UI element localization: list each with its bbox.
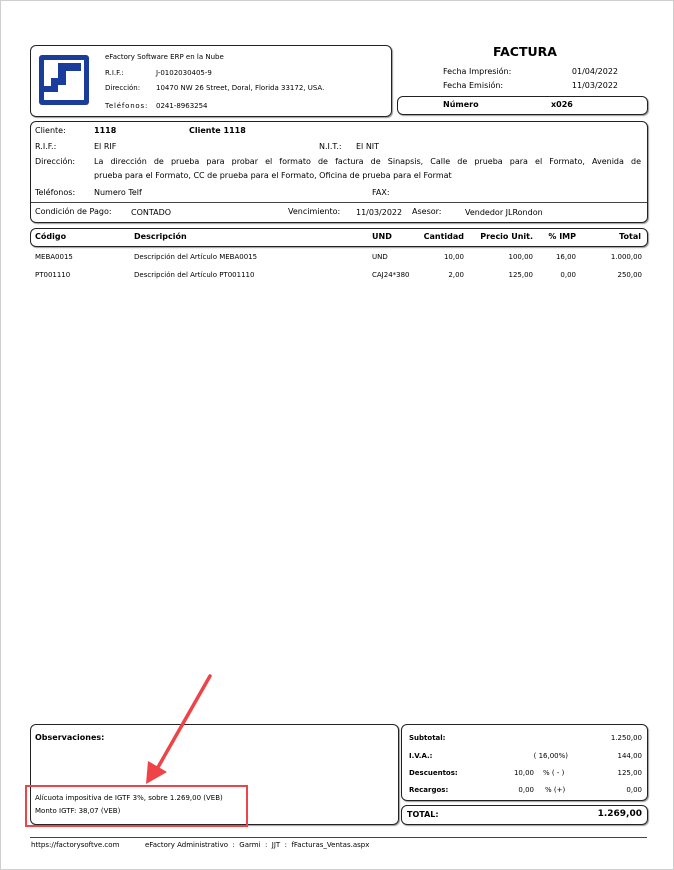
iva-rate: ( 16,00%) bbox=[501, 752, 568, 760]
client-nit: El NIT bbox=[356, 142, 379, 151]
invoice-number-box bbox=[397, 96, 648, 115]
col-header-unit: UND bbox=[372, 232, 392, 241]
subtotal-label: Subtotal: bbox=[409, 734, 445, 742]
col-header-quantity: Cantidad bbox=[401, 232, 464, 241]
discounts-value: 125,00 bbox=[561, 769, 642, 777]
payment-condition-label: Condición de Pago: bbox=[35, 207, 112, 216]
total-value: 1.269,00 bbox=[541, 809, 642, 819]
invoice-number-label: Número bbox=[443, 100, 479, 109]
invoice-page: eFactory Software ERP en la Nube R.I.F.:… bbox=[0, 0, 674, 870]
company-phones: 0241-8963254 bbox=[156, 102, 208, 110]
surcharges-label: Recargos: bbox=[409, 786, 448, 794]
col-header-total: Total bbox=[581, 232, 641, 241]
row-quantity: 10,00 bbox=[401, 253, 464, 261]
company-phones-label: Teléfonos: bbox=[105, 102, 148, 110]
discounts-label: Descuentos: bbox=[409, 769, 458, 777]
company-rif-label: R.I.F.: bbox=[105, 69, 124, 77]
company-name: eFactory Software ERP en la Nube bbox=[105, 53, 224, 61]
print-date: 01/04/2022 bbox=[541, 67, 618, 76]
row-quantity: 2,00 bbox=[401, 271, 464, 279]
row-code: PT001110 bbox=[35, 271, 70, 279]
invoice-title: FACTURA bbox=[493, 44, 557, 59]
advisor: Vendedor JLRondon bbox=[465, 208, 543, 217]
row-unit-price: 125,00 bbox=[466, 271, 533, 279]
client-address-line1: La dirección de prueba para probar el fo… bbox=[94, 157, 641, 166]
issue-date-label: Fecha Emisión: bbox=[443, 81, 503, 90]
footer-info: eFactory Administrativo : Garmi : JJT : … bbox=[145, 841, 369, 849]
col-header-description: Descripción bbox=[134, 232, 187, 241]
iva-value: 144,00 bbox=[561, 752, 642, 760]
row-total: 1.000,00 bbox=[581, 253, 642, 261]
company-rif: J-0102030405-9 bbox=[156, 69, 212, 77]
due-date-label: Vencimiento: bbox=[288, 207, 340, 216]
row-tax-pct: 16,00 bbox=[535, 253, 576, 261]
client-fax-label: FAX: bbox=[372, 188, 390, 197]
row-description: Descripción del Artículo MEBA0015 bbox=[134, 253, 257, 261]
footer-divider bbox=[30, 837, 647, 838]
print-date-label: Fecha Impresión: bbox=[443, 67, 511, 76]
payment-condition: CONTADO bbox=[131, 208, 171, 217]
client-nit-label: N.I.T.: bbox=[319, 142, 342, 151]
row-code: MEBA0015 bbox=[35, 253, 73, 261]
due-date: 11/03/2022 bbox=[356, 208, 402, 217]
annotation-highlight-box bbox=[25, 785, 248, 827]
discounts-pct: 10,00 bbox=[491, 769, 534, 777]
footer-url[interactable]: https://factorysoftve.com bbox=[31, 841, 119, 849]
advisor-label: Asesor: bbox=[412, 207, 441, 216]
client-phones: Numero Telf bbox=[94, 188, 142, 197]
row-total: 250,00 bbox=[581, 271, 642, 279]
col-header-unit-price: Precio Unit. bbox=[466, 232, 533, 241]
client-name: Cliente 1118 bbox=[189, 126, 246, 135]
client-rif-label: R.I.F.: bbox=[35, 142, 56, 151]
iva-label: I.V.A.: bbox=[409, 752, 432, 760]
row-unit-price: 100,00 bbox=[466, 253, 533, 261]
col-header-code: Código bbox=[35, 232, 66, 241]
efactory-logo-icon bbox=[39, 55, 89, 105]
row-unit: UND bbox=[372, 253, 388, 261]
invoice-number: x026 bbox=[551, 100, 573, 109]
client-label: Cliente: bbox=[35, 126, 66, 135]
client-phones-label: Teléfonos: bbox=[35, 188, 75, 197]
client-address-label: Dirección: bbox=[35, 157, 75, 166]
issue-date: 11/03/2022 bbox=[541, 81, 618, 90]
surcharges-pct: 0,00 bbox=[491, 786, 534, 794]
row-tax-pct: 0,00 bbox=[535, 271, 576, 279]
client-rif: El RIF bbox=[94, 142, 116, 151]
company-address: 10470 NW 26 Street, Doral, Florida 33172… bbox=[156, 84, 324, 92]
col-header-tax-pct: % IMP bbox=[535, 232, 576, 241]
client-code: 1118 bbox=[94, 126, 116, 135]
total-label: TOTAL: bbox=[407, 810, 439, 819]
subtotal-value: 1.250,00 bbox=[561, 734, 642, 742]
surcharges-value: 0,00 bbox=[561, 786, 642, 794]
observations-label: Observaciones: bbox=[35, 733, 104, 742]
client-address-line2: prueba para el Formato, CC de prueba par… bbox=[94, 171, 452, 180]
row-description: Descripción del Artículo PT001110 bbox=[134, 271, 254, 279]
company-address-label: Dirección: bbox=[105, 84, 140, 92]
